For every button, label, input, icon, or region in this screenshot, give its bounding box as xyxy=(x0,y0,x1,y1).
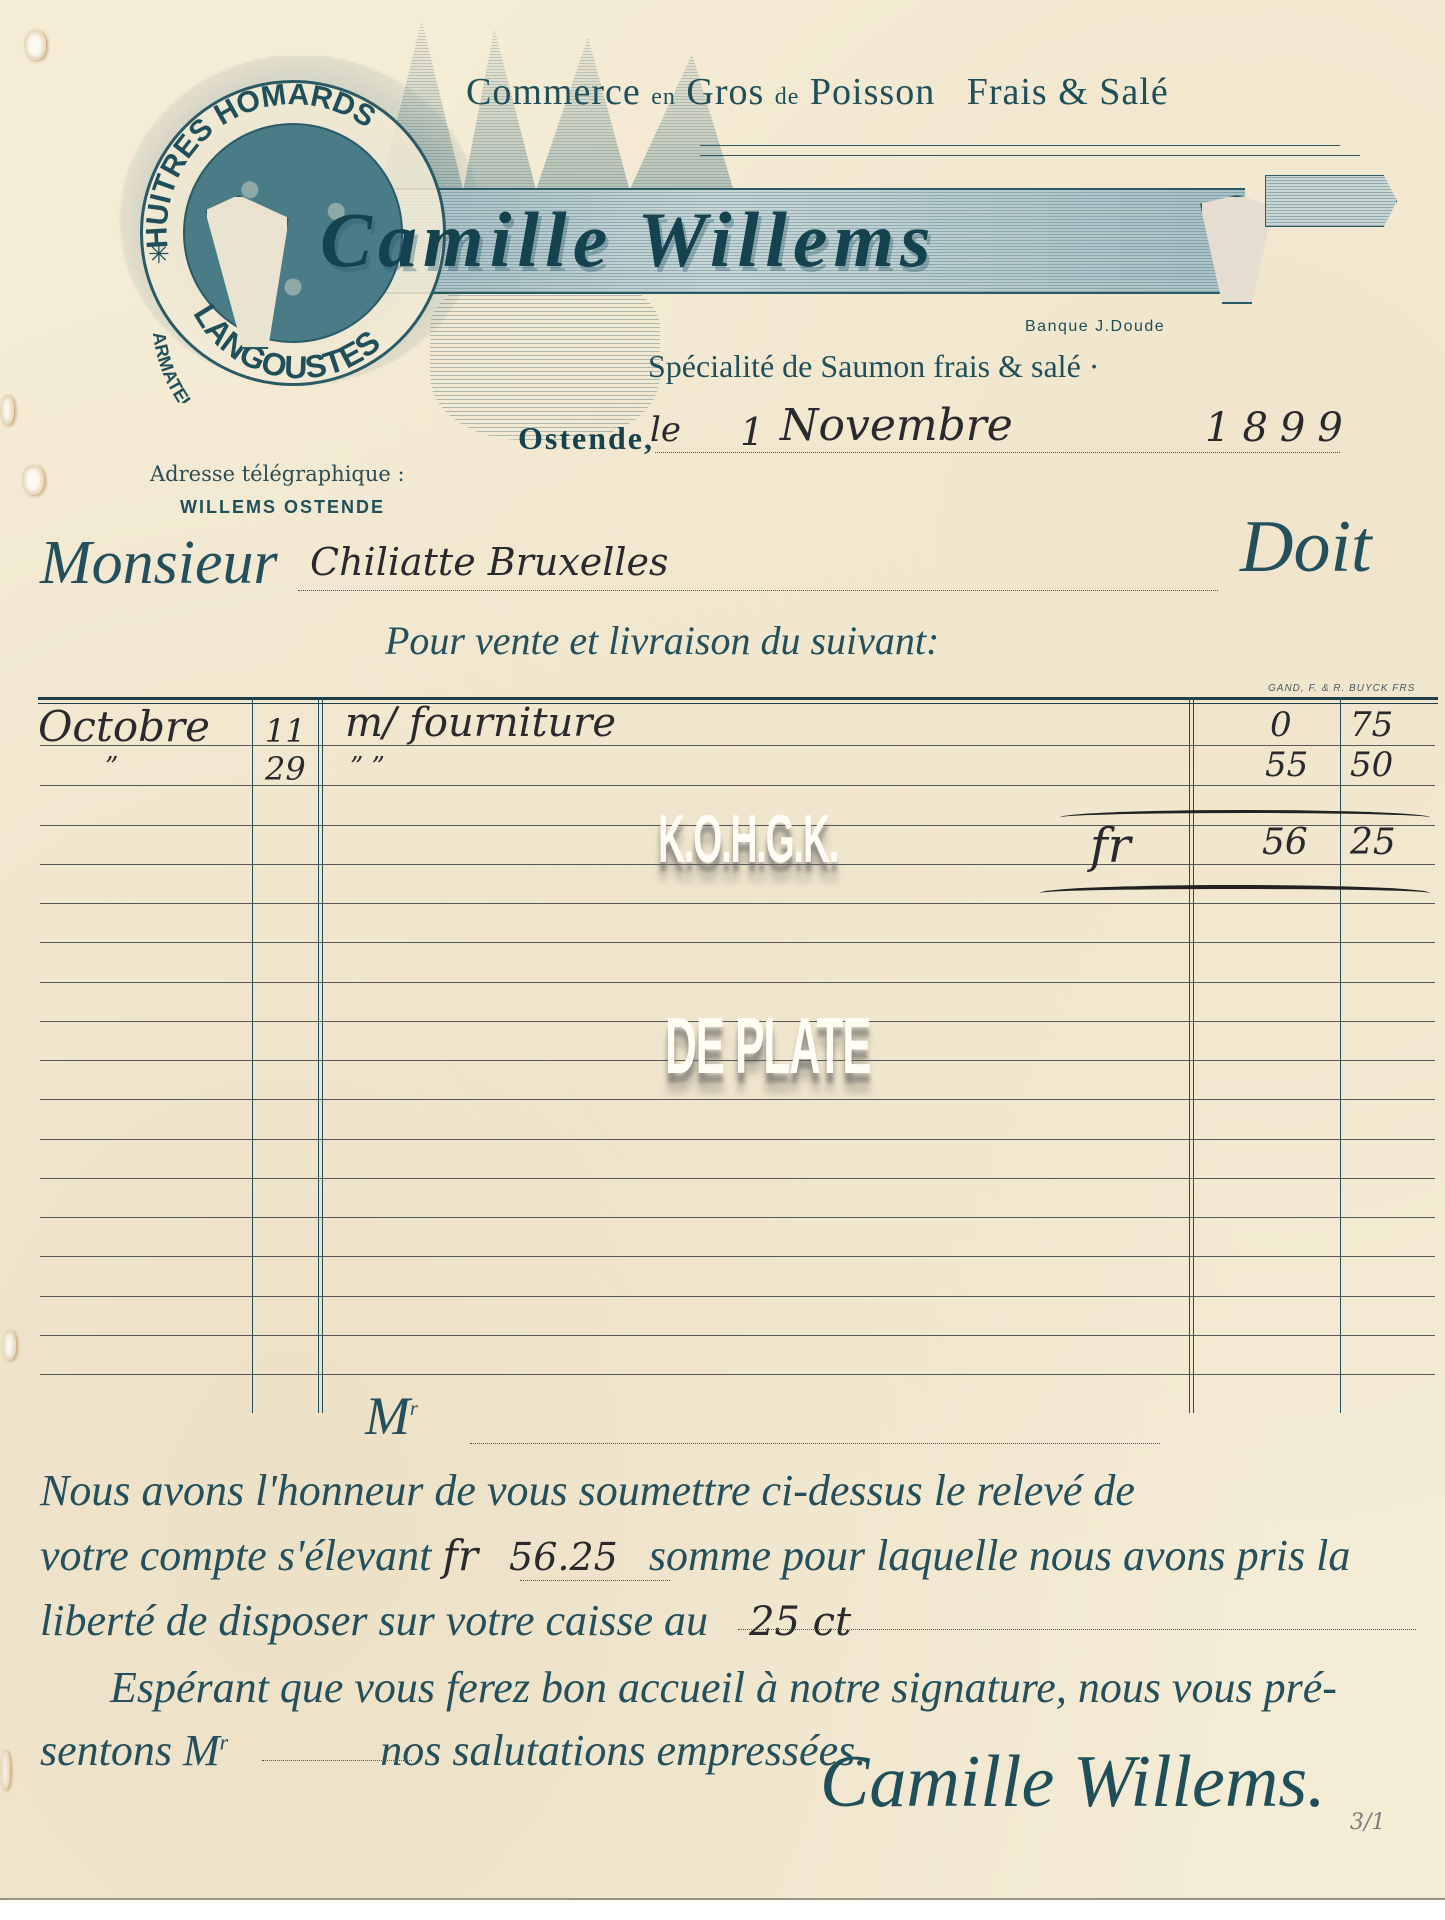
banner-ribbon-end xyxy=(1265,175,1397,227)
closing-line-4: Espérant que vous ferez bon accueil à no… xyxy=(110,1662,1337,1713)
row-day: 11 xyxy=(265,712,306,750)
trade-description: Commerce en Gros de Poisson Frais & Salé xyxy=(466,70,1169,114)
row-francs: 55 xyxy=(1265,745,1308,785)
row-month: Octobre xyxy=(38,702,210,751)
svg-text:LANGOUSTES: LANGOUSTES xyxy=(187,298,387,386)
column-divider xyxy=(1193,698,1194,1413)
printed-signature: Camille Willems. xyxy=(820,1740,1326,1825)
addressee-name: Chiliatte Bruxelles xyxy=(310,540,669,584)
ledger-rule xyxy=(40,1296,1435,1297)
city-name: Ostende, xyxy=(518,420,654,457)
addressee-fill-line xyxy=(298,590,1218,591)
telegraph-address: WILLEMS OSTENDE xyxy=(180,497,385,518)
row-centimes: 50 xyxy=(1350,745,1393,785)
doit-label: Doit xyxy=(1240,505,1372,590)
date-fill-line xyxy=(738,1629,1416,1630)
date-day: 1 xyxy=(740,410,764,454)
ledger-top-rule xyxy=(38,703,1438,704)
archive-watermark-line1: K.O.H.G.K. xyxy=(658,800,838,878)
ledger-rule xyxy=(40,745,1435,746)
closing-line-3: liberté de disposer sur votre caisse au … xyxy=(40,1595,851,1646)
salutation: Monsieur xyxy=(40,528,278,599)
printer-credit: GAND, F. & R. BUYCK FRS xyxy=(1268,683,1415,694)
invoice-subtitle: Pour vente et livraison du suivant: xyxy=(385,617,939,664)
ledger-rule xyxy=(40,1374,1435,1375)
row-day: 29 xyxy=(265,750,306,788)
date-year: 1899 xyxy=(1205,405,1355,451)
total-francs: 56 xyxy=(1262,822,1308,863)
row-description: m/ fourniture xyxy=(345,700,616,746)
ledger-rule xyxy=(40,1139,1435,1140)
punch-hole xyxy=(22,465,44,495)
column-divider xyxy=(322,698,323,1413)
ledger-rule xyxy=(40,903,1435,904)
total-currency-label: fr xyxy=(1090,818,1131,874)
mr-fill-line xyxy=(262,1760,412,1761)
row-francs: 0 xyxy=(1270,705,1292,745)
row-month: ” xyxy=(105,752,118,782)
bank-name: Banque J.Doude xyxy=(1025,318,1165,336)
punch-hole xyxy=(0,1750,10,1790)
date-le: le xyxy=(650,410,681,450)
ledger-rule xyxy=(40,1217,1435,1218)
ledger-rule xyxy=(40,942,1435,943)
specialty-line: Spécialité de Saumon frais & salé · xyxy=(648,348,1099,385)
total-rule xyxy=(1040,885,1430,901)
mr-fill-line xyxy=(470,1443,1160,1444)
mr-label: Mr xyxy=(365,1385,418,1447)
archive-watermark-line2: DE PLATE xyxy=(665,1000,871,1092)
invoice-sheet: HUITRES HOMARDS LANGOUSTES ARMATEUR A LA… xyxy=(0,0,1445,1900)
date-month: Novembre xyxy=(780,400,1013,451)
ledger-rule xyxy=(40,1335,1435,1336)
firm-name: Camille Willems xyxy=(320,195,937,285)
seascape-engraving xyxy=(430,280,660,440)
row-centimes: 75 xyxy=(1350,705,1393,745)
ledger-rule xyxy=(40,1178,1435,1179)
ornament-rule xyxy=(700,155,1360,156)
closing-line-5: sentons Mr nos salutations empressées. xyxy=(40,1725,866,1776)
total-centimes: 25 xyxy=(1350,822,1396,863)
closing-line-2: votre compte s'élevant fr 56.25 somme po… xyxy=(40,1530,1350,1581)
ledger-rule xyxy=(40,982,1435,983)
punch-hole xyxy=(0,395,14,425)
star-icon: ✳ xyxy=(148,240,170,269)
ledger-rule xyxy=(40,1256,1435,1257)
ledger-rule xyxy=(40,785,1435,786)
amount-fill-line xyxy=(520,1580,670,1581)
column-divider xyxy=(1340,698,1341,1413)
closing-line-1: Nous avons l'honneur de vous soumettre c… xyxy=(40,1465,1135,1516)
ledger-rule xyxy=(40,1099,1435,1100)
column-divider xyxy=(1189,698,1190,1413)
column-divider xyxy=(318,698,319,1413)
ledger-top-rule xyxy=(38,697,1438,700)
row-description: ” ” xyxy=(350,752,385,782)
column-divider xyxy=(252,698,253,1413)
telegraph-address-label: Adresse télégraphique : xyxy=(150,462,405,486)
pencil-annotation: 3/1 xyxy=(1350,1810,1385,1835)
ornament-rule xyxy=(700,145,1340,146)
punch-hole xyxy=(24,30,46,60)
punch-hole xyxy=(2,1330,16,1360)
